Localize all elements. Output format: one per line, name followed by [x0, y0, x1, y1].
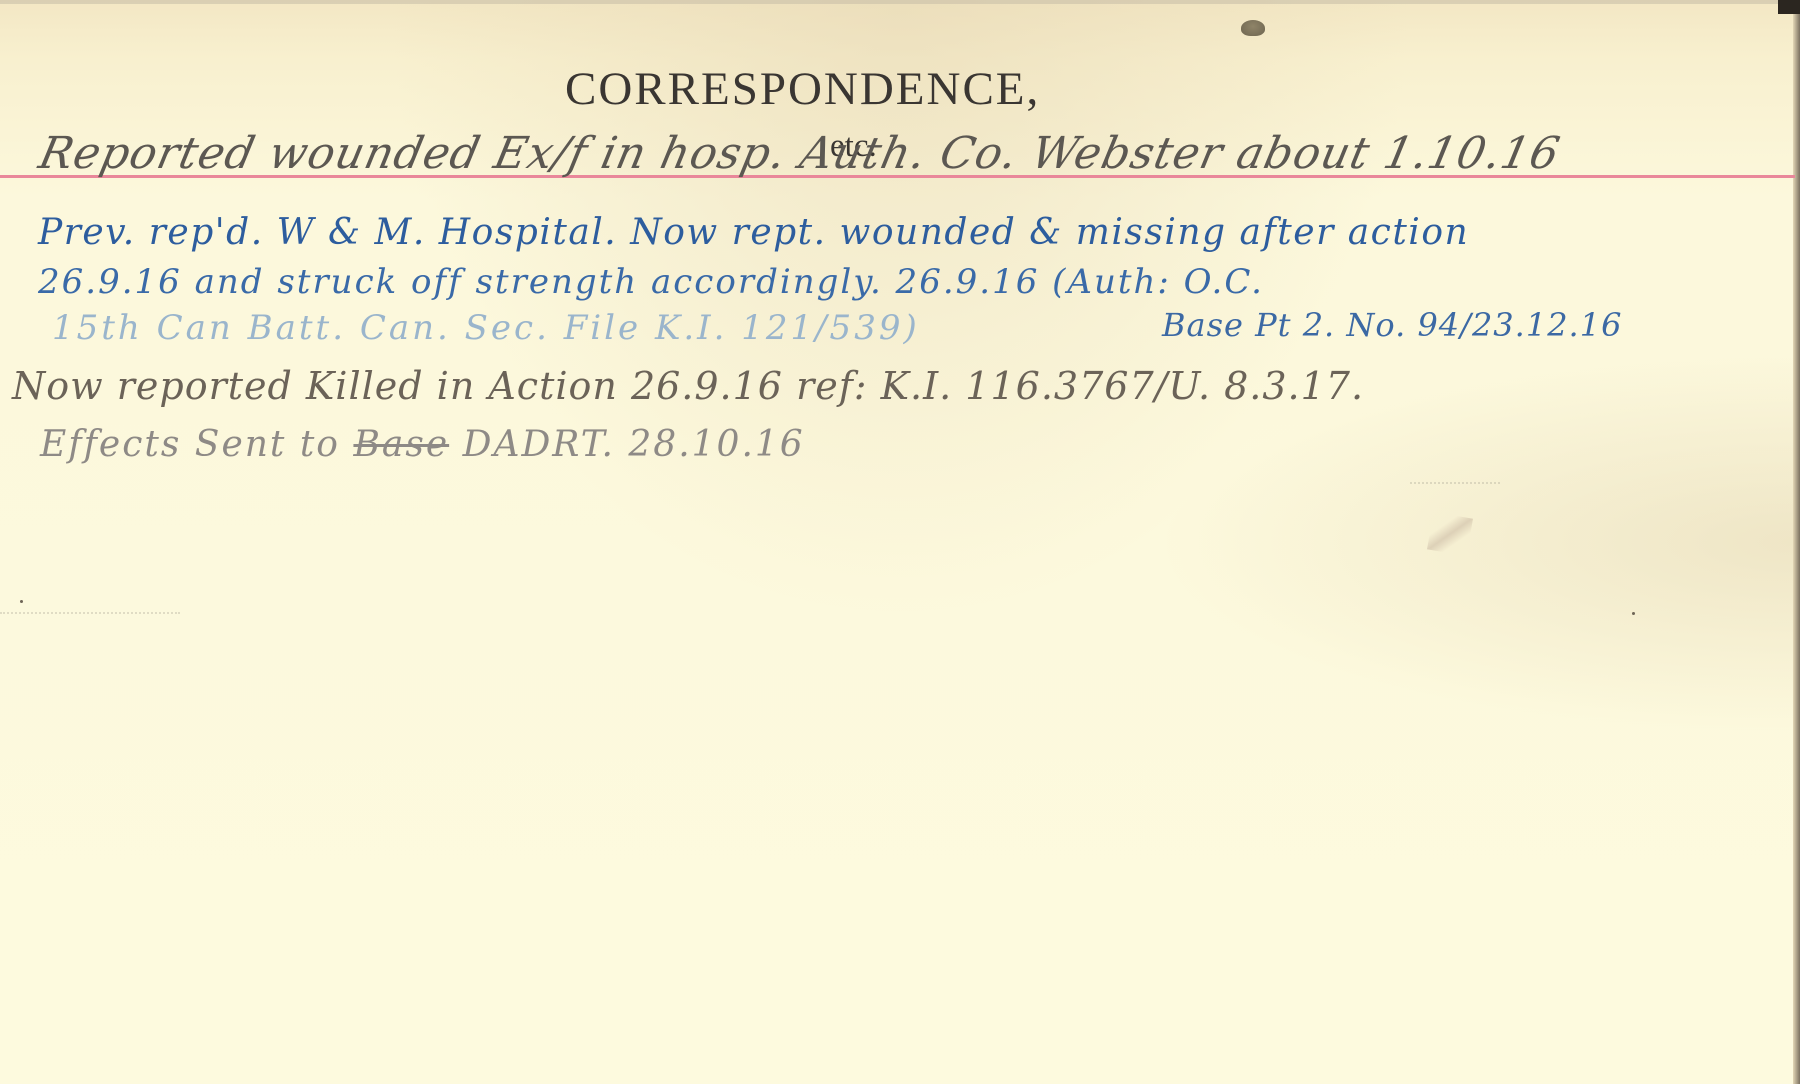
card-top-edge — [0, 0, 1800, 4]
paper-speck — [20, 600, 23, 603]
card-header-title: CORRESPONDENCE, — [565, 62, 1040, 116]
entry-base-part-two: Base Pt 2. No. 94/23.12.16 — [1162, 306, 1622, 344]
entry-previously-reported: Prev. rep'd. W & M. Hospital. Now rept. … — [38, 212, 1469, 253]
entry-reported-wounded: Reported wounded Ex/f in hosp. Auth. Co.… — [35, 128, 1565, 179]
punch-hole-mark — [1241, 20, 1265, 36]
faint-dotted-rule — [0, 612, 180, 615]
entry-file-reference: 15th Can Batt. Can. Sec. File K.I. 121/5… — [52, 308, 920, 348]
entry-effects-prefix: Effects Sent to — [40, 424, 353, 465]
entry-killed-in-action: Now reported Killed in Action 26.9.16 re… — [12, 364, 1364, 408]
paper-speck — [1632, 612, 1635, 615]
paper-smudge — [1427, 512, 1473, 556]
entry-effects-sent: Effects Sent to Base DADRT. 28.10.16 — [40, 424, 805, 465]
correspondence-card: CORRESPONDENCE, etc. Reported wounded Ex… — [0, 0, 1800, 1084]
card-corner-shadow — [1778, 0, 1800, 14]
entry-effects-suffix: DADRT. 28.10.16 — [449, 424, 805, 465]
entry-struck-off-strength: 26.9.16 and struck off strength accordin… — [38, 262, 1264, 302]
faint-dotted-rule — [1410, 482, 1500, 485]
entry-effects-struck-word: Base — [353, 424, 449, 465]
card-right-edge — [1793, 0, 1800, 1084]
